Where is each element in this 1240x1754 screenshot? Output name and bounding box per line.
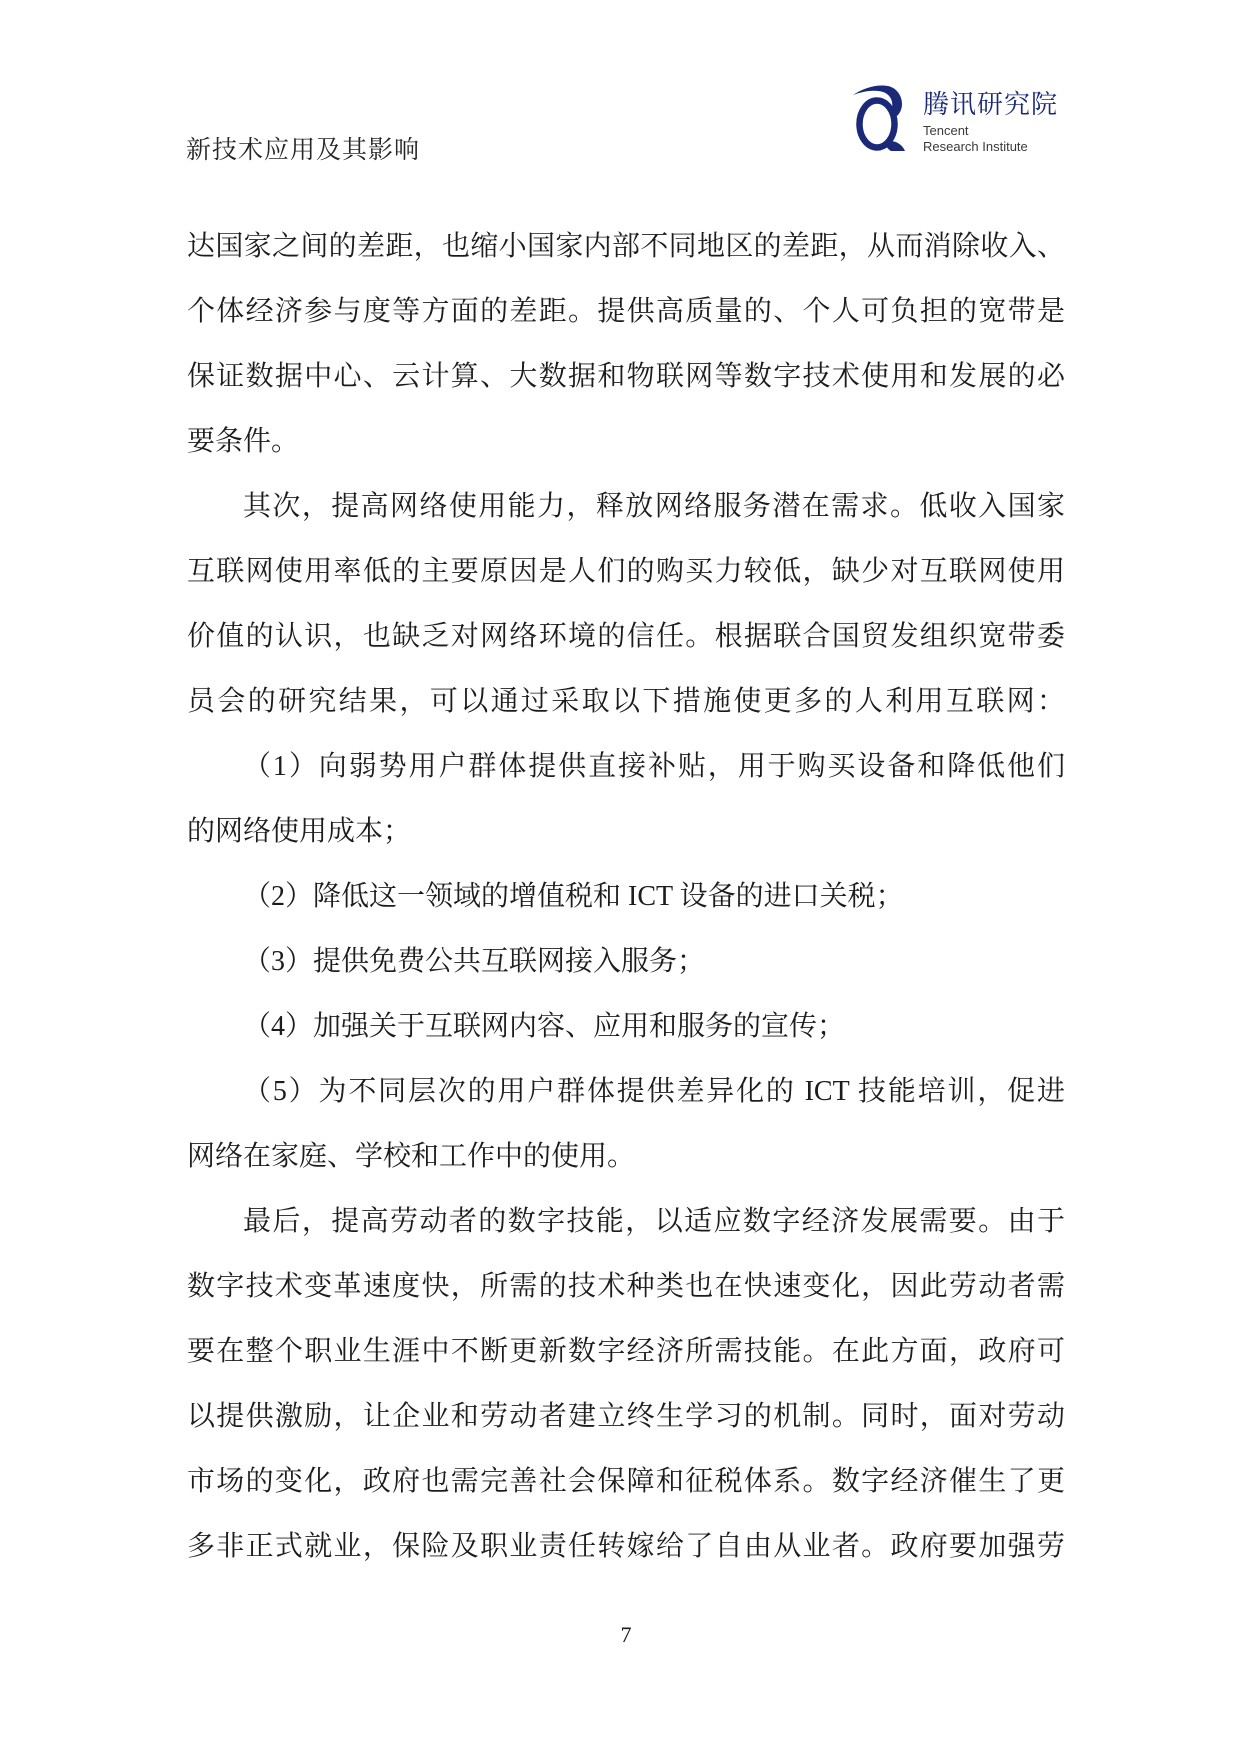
- body-line: （2）降低这一领域的增值税和 ICT 设备的进口关税；: [187, 864, 1065, 929]
- body-line: 市场的变化，政府也需完善社会保障和征税体系。数字经济催生了更: [187, 1449, 1065, 1514]
- body-line: 以提供激励，让企业和劳动者建立终生学习的机制。同时，面对劳动: [187, 1384, 1065, 1449]
- body-line: 员会的研究结果，可以通过采取以下措施使更多的人利用互联网：: [187, 669, 1065, 734]
- body-line: 要条件。: [187, 409, 1065, 474]
- tencent-research-institute-logo: 腾讯研究院 Tencent Research Institute: [853, 84, 1058, 155]
- body-line: （4）加强关于互联网内容、应用和服务的宣传；: [187, 994, 1065, 1059]
- body-line: 数字技术变革速度快，所需的技术种类也在快速变化，因此劳动者需: [187, 1254, 1065, 1319]
- body-line: （5）为不同层次的用户群体提供差异化的 ICT 技能培训，促进: [187, 1059, 1065, 1124]
- body-line: 网络在家庭、学校和工作中的使用。: [187, 1124, 1065, 1189]
- body-line: 价值的认识，也缺乏对网络环境的信任。根据联合国贸发组织宽带委: [187, 604, 1065, 669]
- logo-name-cn: 腾讯研究院: [923, 90, 1058, 118]
- logo-text-block: 腾讯研究院 Tencent Research Institute: [923, 90, 1058, 155]
- body-line: 互联网使用率低的主要原因是人们的购买力较低，缺少对互联网使用: [187, 539, 1065, 604]
- body-line: 的网络使用成本；: [187, 799, 1065, 864]
- body-line: 其次，提高网络使用能力，释放网络服务潜在需求。低收入国家: [187, 474, 1065, 539]
- document-page: 新技术应用及其影响 腾讯研究院 Tencent Research Institu…: [0, 0, 1240, 1754]
- body-line: （1）向弱势用户群体提供直接补贴，用于购买设备和降低他们: [187, 734, 1065, 799]
- body-line: 多非正式就业，保险及职业责任转嫁给了自由从业者。政府要加强劳: [187, 1514, 1065, 1579]
- page-number: 7: [187, 1622, 1065, 1648]
- body-line: 达国家之间的差距，也缩小国家内部不同地区的差距，从而消除收入、: [187, 214, 1065, 279]
- logo-name-en-line2: Research Institute: [923, 139, 1058, 155]
- body-line: 最后，提高劳动者的数字技能，以适应数字经济发展需要。由于: [187, 1189, 1065, 1254]
- body-text: 达国家之间的差距，也缩小国家内部不同地区的差距，从而消除收入、个体经济参与度等方…: [187, 214, 1065, 1579]
- body-line: 要在整个职业生涯中不断更新数字经济所需技能。在此方面，政府可: [187, 1319, 1065, 1384]
- logo-name-en-line1: Tencent: [923, 123, 1058, 139]
- tencent-penguin-outline-icon: [853, 84, 907, 152]
- document-header-title: 新技术应用及其影响: [186, 130, 420, 166]
- body-line: （3）提供免费公共互联网接入服务；: [187, 929, 1065, 994]
- body-line: 保证数据中心、云计算、大数据和物联网等数字技术使用和发展的必: [187, 344, 1065, 409]
- body-line: 个体经济参与度等方面的差距。提供高质量的、个人可负担的宽带是: [187, 279, 1065, 344]
